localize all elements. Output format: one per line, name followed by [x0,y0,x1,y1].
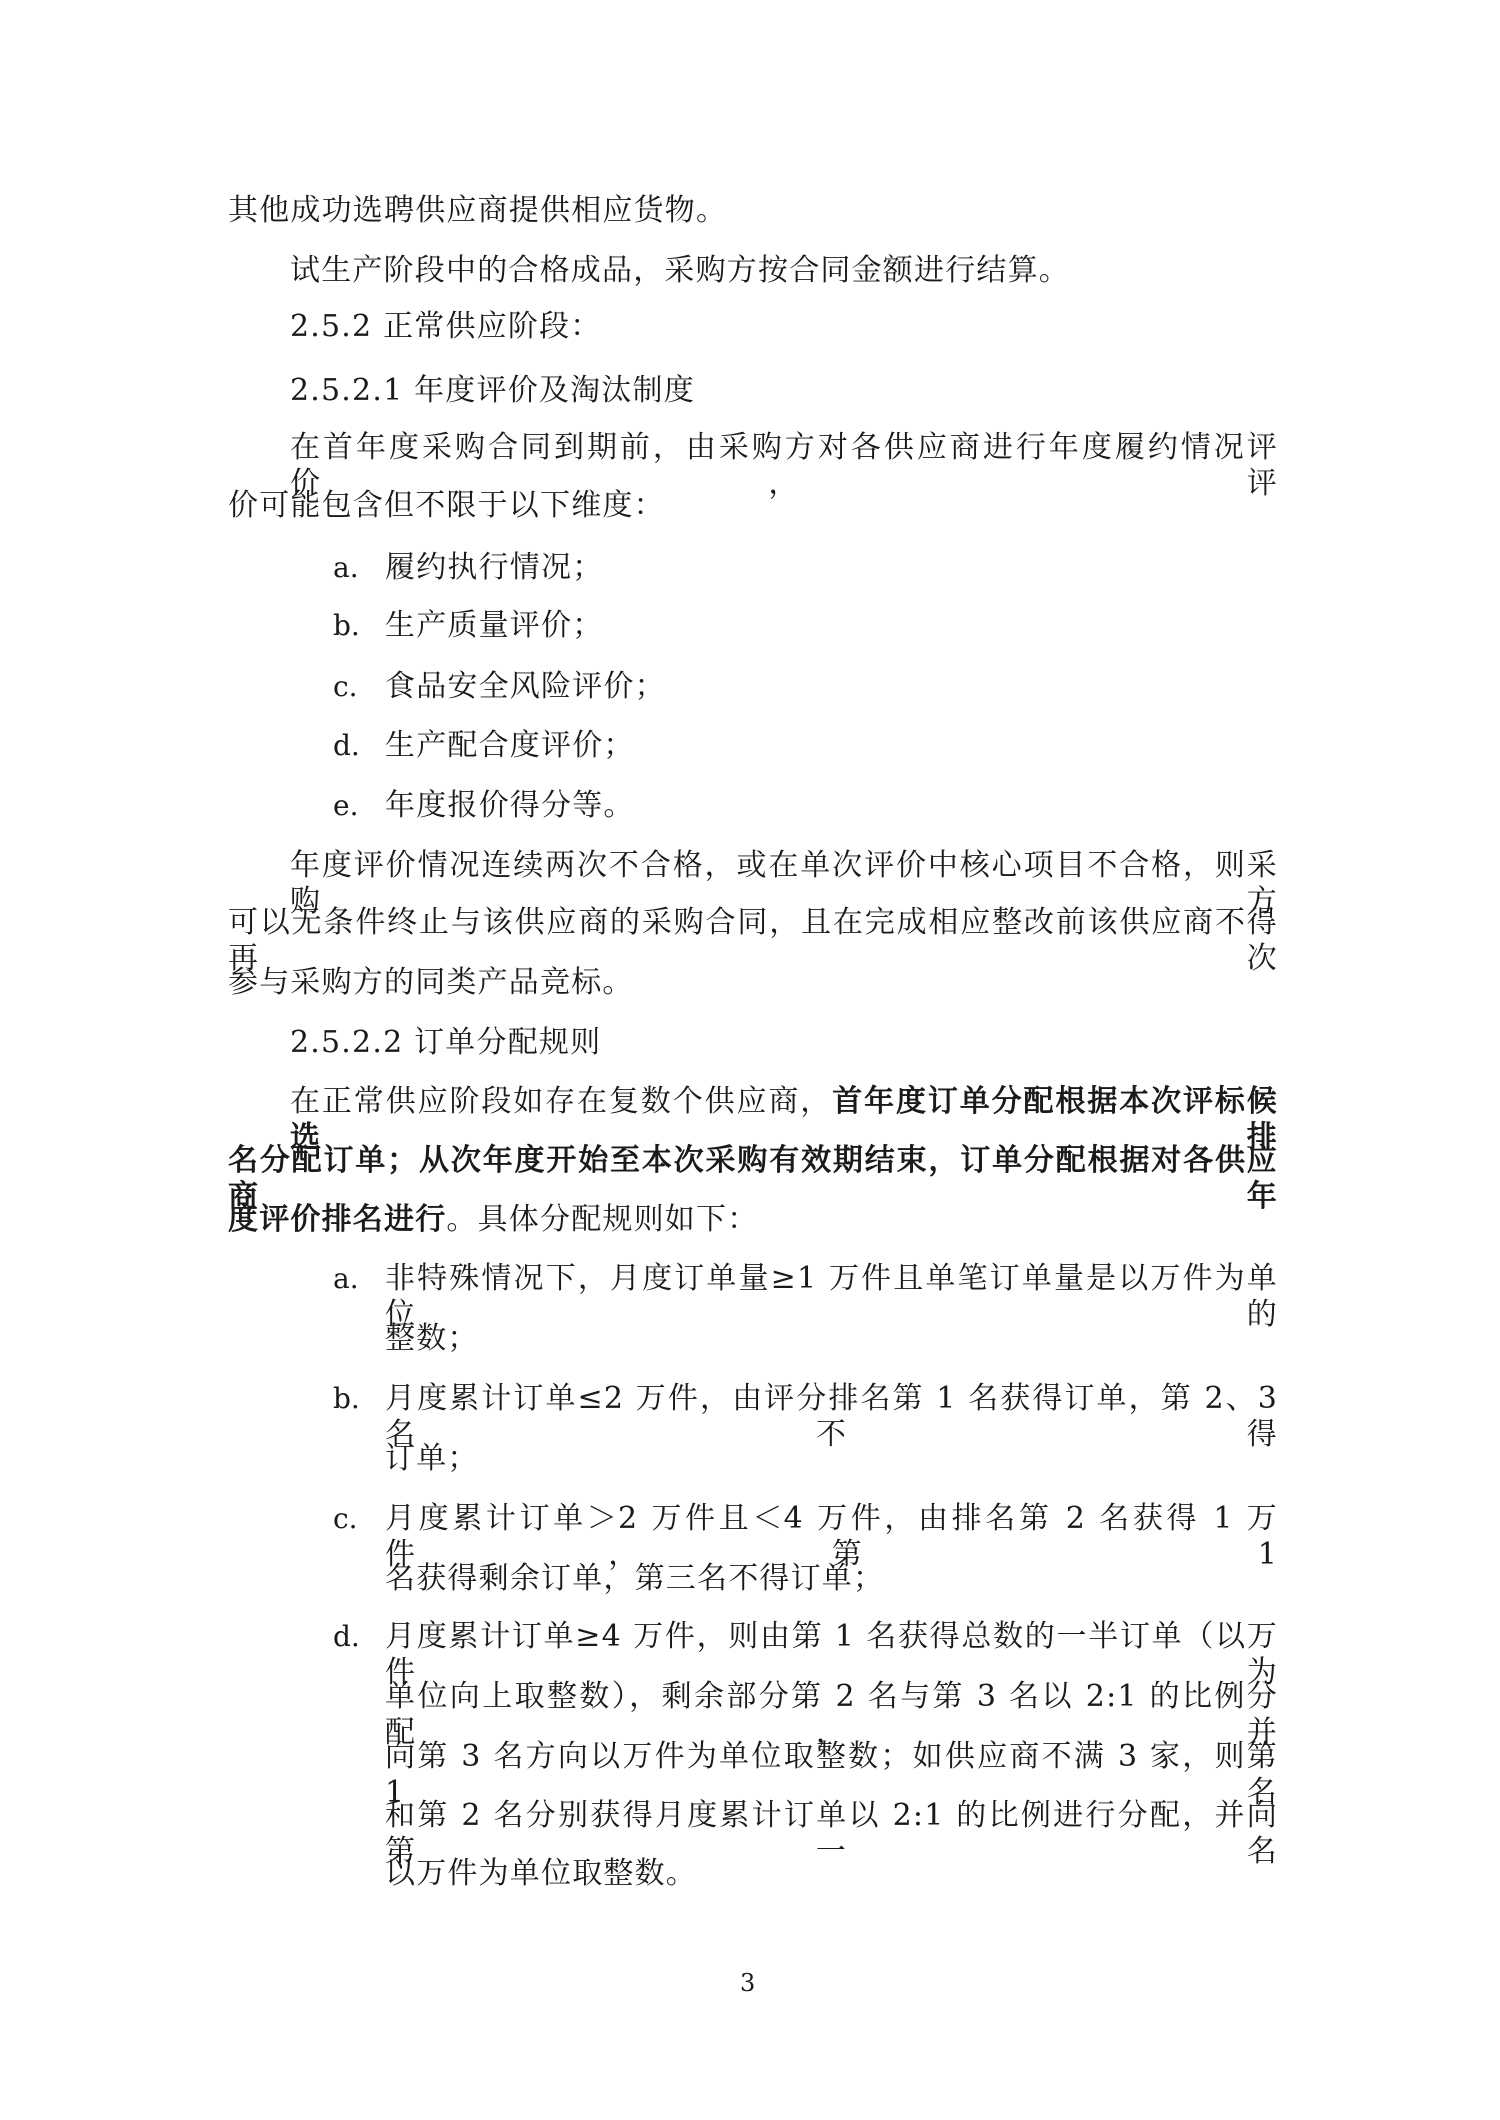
allocation-bold-text: 度评价排名进行 [228,1202,446,1237]
paragraph-continuation: 其他成功选聘供应商提供相应货物。 [228,193,1278,229]
list-label: c. [333,669,358,705]
rule-line: 订单； [385,1441,1278,1477]
list-item: 年度报价得分等。 [385,788,1278,824]
list-item: 生产质量评价； [385,608,1278,644]
list-label: d. [333,728,360,764]
list-item: 履约执行情况； [385,550,1278,586]
rule-line: 整数； [385,1321,1278,1357]
list-label: e. [333,788,358,824]
section-heading-2-5-2: 2.5.2 正常供应阶段： [290,309,1340,345]
list-item: 生产配合度评价； [385,728,1278,764]
section-heading-2-5-2-2: 2.5.2.2 订单分配规则 [290,1025,1340,1061]
rule-label: a. [333,1261,359,1297]
allocation-outro: 。具体分配规则如下： [446,1202,758,1237]
rule-label: d. [333,1619,360,1655]
list-label: a. [333,550,359,586]
page-number: 3 [740,1968,755,1998]
paragraph-evaluation-line2: 价可能包含但不限于以下维度： [228,488,1278,524]
rule-line: 名获得剩余订单，第三名不得订单； [385,1561,1278,1597]
paragraph-allocation-line3: 度评价排名进行。具体分配规则如下： [228,1202,1278,1238]
document-page: 其他成功选聘供应商提供相应货物。 试生产阶段中的合格成品，采购方按合同金额进行结… [0,0,1500,2120]
list-label: b. [333,608,360,644]
rule-label: c. [333,1501,358,1537]
list-item: 食品安全风险评价； [385,669,1278,705]
section-heading-2-5-2-1: 2.5.2.1 年度评价及淘汰制度 [290,373,1340,409]
paragraph-termination-line3: 参与采购方的同类产品竞标。 [228,965,1278,1001]
rule-line: 以万件为单位取整数。 [385,1856,1278,1892]
allocation-intro: 在正常供应阶段如存在复数个供应商， [290,1084,832,1119]
rule-label: b. [333,1381,360,1417]
paragraph-settlement: 试生产阶段中的合格成品，采购方按合同金额进行结算。 [290,253,1340,289]
